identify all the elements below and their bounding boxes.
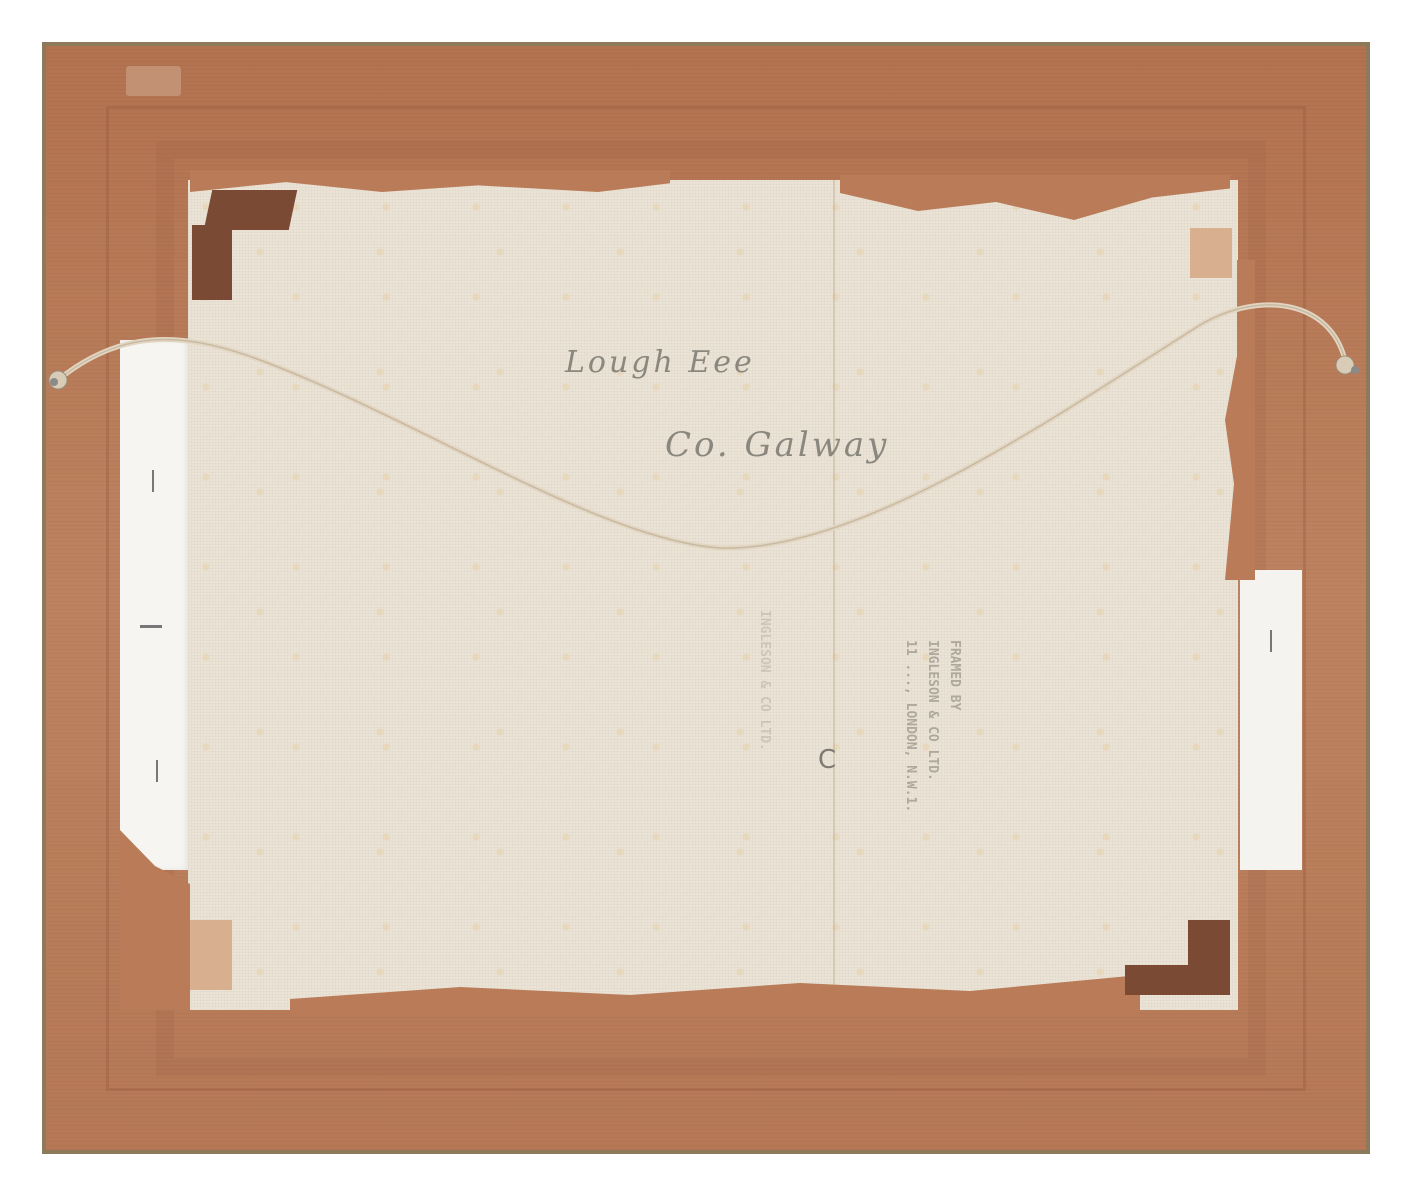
canvas-mark: C: [818, 745, 836, 775]
inscription-line1: Lough Eee: [565, 345, 755, 380]
staple: [1270, 630, 1272, 652]
inscription-line2: Co. Galway: [665, 425, 889, 465]
framer-stamp-line3: 11 ..., LONDON, N.W.1.: [899, 640, 921, 812]
corner-wedge-bottom-left: [190, 920, 232, 990]
corner-wedge-top-left: [204, 190, 298, 230]
framer-stamp-line1: FRAMED BY: [943, 640, 965, 812]
staple: [156, 760, 158, 782]
stretcher-bar-right: [1240, 570, 1302, 870]
staple: [152, 470, 154, 492]
framer-stamp-line2: INGLESON & CO LTD.: [921, 640, 943, 812]
faded-stamp: INGLESON & CO LTD.: [753, 610, 775, 751]
corner-wedge-top-left-2: [192, 225, 232, 300]
corner-wedge-bottom-right-2: [1125, 965, 1205, 995]
label-residue: [126, 66, 181, 96]
framer-stamp: FRAMED BY INGLESON & CO LTD. 11 ..., LON…: [899, 640, 965, 812]
faded-stamp-line: INGLESON & CO LTD.: [753, 610, 775, 751]
canvas-seam: [833, 180, 835, 1010]
stretcher-bar-left: [120, 340, 190, 870]
staple: [140, 625, 162, 628]
corner-wedge-top-right: [1190, 228, 1232, 278]
canvas-back: [188, 180, 1238, 1010]
